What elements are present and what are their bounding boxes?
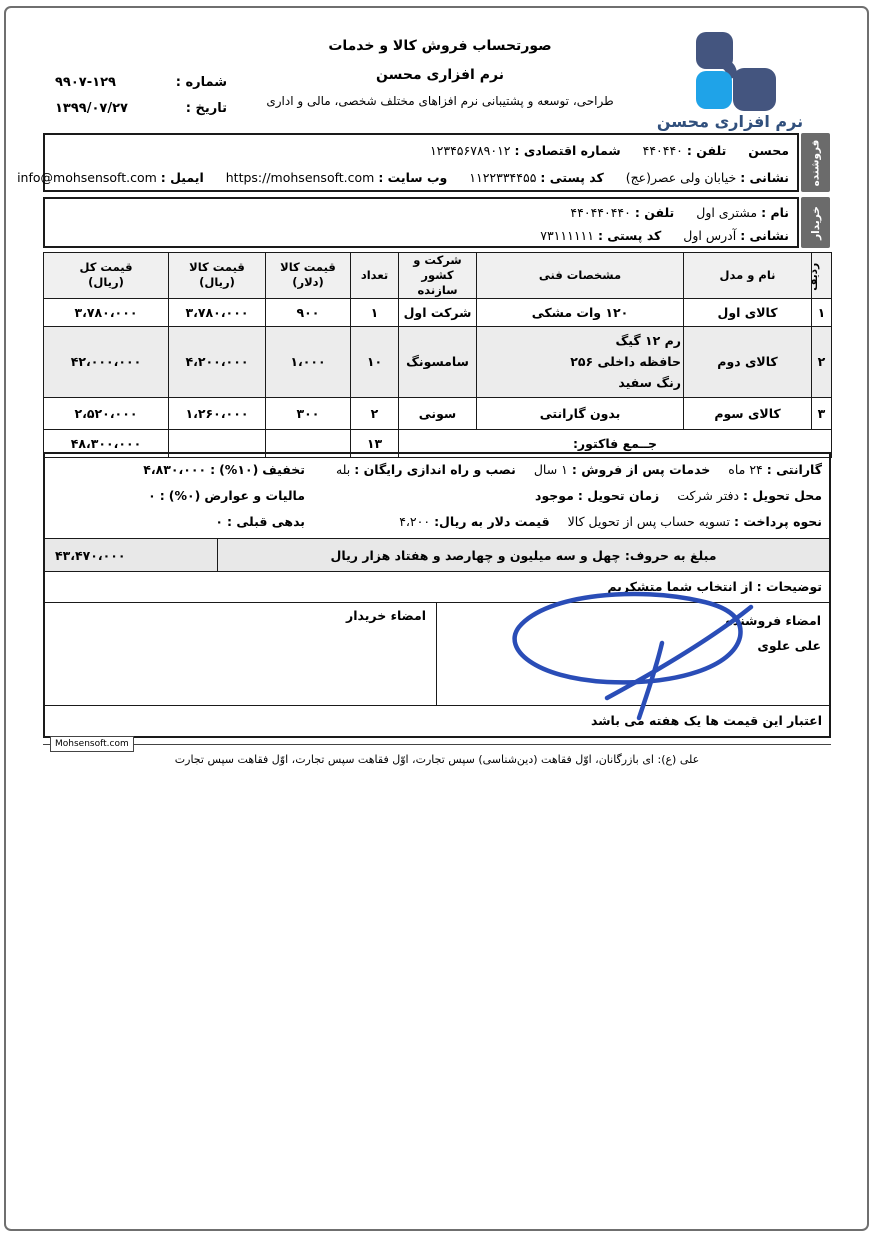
item-index: ۱ bbox=[812, 298, 832, 326]
col-header-price-rial: قیمت کالا(ریال) bbox=[169, 253, 266, 299]
item-price-rial: ۱،۲۶۰،۰۰۰ bbox=[169, 397, 266, 429]
buyer-tab: خریدار bbox=[801, 197, 830, 248]
item-total-rial: ۴۲،۰۰۰،۰۰۰ bbox=[44, 326, 169, 397]
seller-box: محسن تلفن : ۴۴۰۴۴۰ شماره اقتصادی : ۱۲۳۴۵… bbox=[43, 133, 799, 192]
col-header-total-rial: قیمت کل(ریال) bbox=[44, 253, 169, 299]
amount-in-words: مبلغ به حروف: چهل و سه میلیون و چهارصد و… bbox=[217, 539, 829, 571]
col-header-company: شرکت و کشورسازنده bbox=[399, 253, 477, 299]
items-header-row: ردیف نام و مدل مشخصات فنی شرکت و کشورساز… bbox=[44, 253, 832, 299]
seller-line-1: محسن تلفن : ۴۴۰۴۴۰ شماره اقتصادی : ۱۲۳۴۵… bbox=[51, 137, 789, 164]
invoice-date-label: تاریخ : bbox=[186, 96, 227, 122]
buyer-box: نام : مشتری اول تلفن : ۴۴۰۴۴۰۴۴۰ نشانی :… bbox=[43, 197, 799, 248]
notes-row: توضیحات : از انتخاب شما متشکریم bbox=[45, 571, 829, 602]
seller-address: نشانی : خیابان ولی عصر(عج) bbox=[626, 170, 789, 185]
item-price-usd: ۹۰۰ bbox=[266, 298, 351, 326]
invoice-number-value: ۹۹۰۷-۱۲۹ bbox=[55, 70, 116, 96]
item-name: کالای دوم bbox=[684, 326, 812, 397]
table-row: ۱ کالای اول ۱۲۰ وات مشکی شرکت اول ۱ ۹۰۰ … bbox=[44, 298, 832, 326]
payment-line: نحوه پرداخت : تسویه حساب پس از تحویل کال… bbox=[336, 509, 822, 535]
terms-box: گارانتی : ۲۴ ماه خدمات پس از فروش : ۱ سا… bbox=[45, 454, 829, 538]
buyer-phone: تلفن : ۴۴۰۴۴۰۴۴۰ bbox=[570, 205, 674, 220]
seller-tab: فروشنده bbox=[801, 133, 830, 192]
item-specs: ۱۲۰ وات مشکی bbox=[477, 298, 684, 326]
header-titles: صورتحساب فروش کالا و خدمات نرم افزاری مح… bbox=[235, 38, 645, 108]
item-qty: ۲ bbox=[351, 397, 399, 429]
terms-amounts: تخفیف (%۱۰) : ۴،۸۳۰،۰۰۰ مالیات و عوارض (… bbox=[53, 457, 305, 535]
buyer-line-1: نام : مشتری اول تلفن : ۴۴۰۴۴۰۴۴۰ bbox=[51, 201, 789, 224]
discount-line: تخفیف (%۱۰) : ۴،۸۳۰،۰۰۰ bbox=[53, 457, 305, 483]
seller-phone: تلفن : ۴۴۰۴۴۰ bbox=[643, 143, 727, 158]
seller-signature-label: امضاء فروشنده bbox=[445, 608, 821, 633]
buyer-signature-label: امضاء خریدار bbox=[346, 608, 426, 623]
col-header-price-usd: قیمت کالا(دلار) bbox=[266, 253, 351, 299]
table-row: ۲ کالای دوم رم ۱۲ گیگ حافظه داخلی ۲۵۶ رن… bbox=[44, 326, 832, 397]
footer-quote: علی (ع): ای بازرگانان، اوّل فقاهت (دین‌ش… bbox=[43, 753, 831, 766]
item-specs: بدون گارانتی bbox=[477, 397, 684, 429]
item-index: ۲ bbox=[812, 326, 832, 397]
item-qty: ۱ bbox=[351, 298, 399, 326]
item-company: سونی bbox=[399, 397, 477, 429]
item-total-rial: ۳،۷۸۰،۰۰۰ bbox=[44, 298, 169, 326]
seller-line-2: نشانی : خیابان ولی عصر(عج) کد پستی : ۱۱۲… bbox=[51, 164, 789, 191]
buyer-line-2: نشانی : آدرس اول کد پستی : ۷۳۱۱۱۱۱۱ bbox=[51, 224, 789, 247]
item-specs: رم ۱۲ گیگ حافظه داخلی ۲۵۶ رنگ سفید bbox=[477, 326, 684, 397]
buyer-address: نشانی : آدرس اول bbox=[683, 228, 789, 243]
seller-signatory-name: علی علوی bbox=[445, 633, 821, 658]
col-header-name: نام و مدل bbox=[684, 253, 812, 299]
col-header-specs: مشخصات فنی bbox=[477, 253, 684, 299]
invoice-date: تاریخ : ۱۳۹۹/۰۷/۲۷ bbox=[55, 96, 227, 122]
terms-main: گارانتی : ۲۴ ماه خدمات پس از فروش : ۱ سا… bbox=[336, 457, 822, 535]
company-title: نرم افزاری محسن bbox=[235, 67, 645, 83]
seller-postal-code: کد پستی : ۱۱۲۲۳۳۴۴۵۵ bbox=[469, 170, 603, 185]
table-row: ۳ کالای سوم بدون گارانتی سونی ۲ ۳۰۰ ۱،۲۶… bbox=[44, 397, 832, 429]
invoice-number: شماره : ۹۹۰۷-۱۲۹ bbox=[55, 70, 227, 96]
seller-signature-cell: امضاء فروشنده علی علوی bbox=[436, 603, 829, 705]
item-price-usd: ۱،۰۰۰ bbox=[266, 326, 351, 397]
logo-wordmark: نرم افزاری محسن bbox=[630, 112, 830, 131]
buyer-postal-code: کد پستی : ۷۳۱۱۱۱۱۱ bbox=[540, 228, 661, 243]
buyer-tab-label: خریدار bbox=[809, 206, 821, 240]
company-logo: نرم افزاری محسن bbox=[630, 26, 830, 130]
payable-amount: ۴۳،۴۷۰،۰۰۰ bbox=[45, 539, 217, 571]
item-name: کالای اول bbox=[684, 298, 812, 326]
summary-stack: گارانتی : ۲۴ ماه خدمات پس از فروش : ۱ سا… bbox=[43, 452, 831, 738]
footer-divider bbox=[43, 744, 831, 745]
site-tag: Mohsensoft.com bbox=[50, 736, 134, 752]
seller-email: ایمیل : info@mohsensoft.com bbox=[17, 170, 204, 185]
col-header-qty: تعداد bbox=[351, 253, 399, 299]
item-company: شرکت اول bbox=[399, 298, 477, 326]
item-price-rial: ۳،۷۸۰،۰۰۰ bbox=[169, 298, 266, 326]
seller-website: وب سایت : https://mohsensoft.com bbox=[226, 170, 448, 185]
amount-in-words-row: مبلغ به حروف: چهل و سه میلیون و چهارصد و… bbox=[45, 538, 829, 571]
seller-tab-label: فروشنده bbox=[810, 139, 822, 186]
document-title: صورتحساب فروش کالا و خدمات bbox=[235, 38, 645, 54]
item-price-usd: ۳۰۰ bbox=[266, 397, 351, 429]
item-name: کالای سوم bbox=[684, 397, 812, 429]
invoice-number-label: شماره : bbox=[176, 70, 227, 96]
seller-economic-code: شماره اقتصادی : ۱۲۳۴۵۶۷۸۹۰۱۲ bbox=[430, 143, 621, 158]
validity-row: اعتبار این قیمت ها یک هفته می باشد bbox=[45, 705, 829, 736]
invoice-date-value: ۱۳۹۹/۰۷/۲۷ bbox=[55, 96, 128, 122]
delivery-line: محل تحویل : دفتر شرکت زمان تحویل : موجود bbox=[336, 483, 822, 509]
item-price-rial: ۴،۲۰۰،۰۰۰ bbox=[169, 326, 266, 397]
item-company: سامسونگ bbox=[399, 326, 477, 397]
item-qty: ۱۰ bbox=[351, 326, 399, 397]
invoice-page: نرم افزاری محسن صورتحساب فروش کالا و خدم… bbox=[0, 0, 873, 1235]
signatures-row: امضاء فروشنده علی علوی امضاء خریدار bbox=[45, 602, 829, 705]
item-index: ۳ bbox=[812, 397, 832, 429]
col-header-row-number: ردیف bbox=[812, 253, 832, 299]
company-subtitle: طراحی، توسعه و پشتیبانی نرم افزاهای مختل… bbox=[235, 94, 645, 108]
items-table: ردیف نام و مدل مشخصات فنی شرکت و کشورساز… bbox=[43, 252, 832, 458]
warranty-line: گارانتی : ۲۴ ماه خدمات پس از فروش : ۱ سا… bbox=[336, 457, 822, 483]
item-total-rial: ۲،۵۲۰،۰۰۰ bbox=[44, 397, 169, 429]
previous-debt-line: بدهی قبلی : ۰ bbox=[53, 509, 305, 535]
tax-line: مالیات و عوارض (%۰) : ۰ bbox=[53, 483, 305, 509]
invoice-meta: شماره : ۹۹۰۷-۱۲۹ تاریخ : ۱۳۹۹/۰۷/۲۷ bbox=[55, 70, 227, 122]
seller-name: محسن bbox=[748, 143, 789, 158]
buyer-signature-cell: امضاء خریدار bbox=[45, 603, 436, 705]
logo-icon bbox=[630, 26, 830, 112]
buyer-name: نام : مشتری اول bbox=[696, 205, 789, 220]
